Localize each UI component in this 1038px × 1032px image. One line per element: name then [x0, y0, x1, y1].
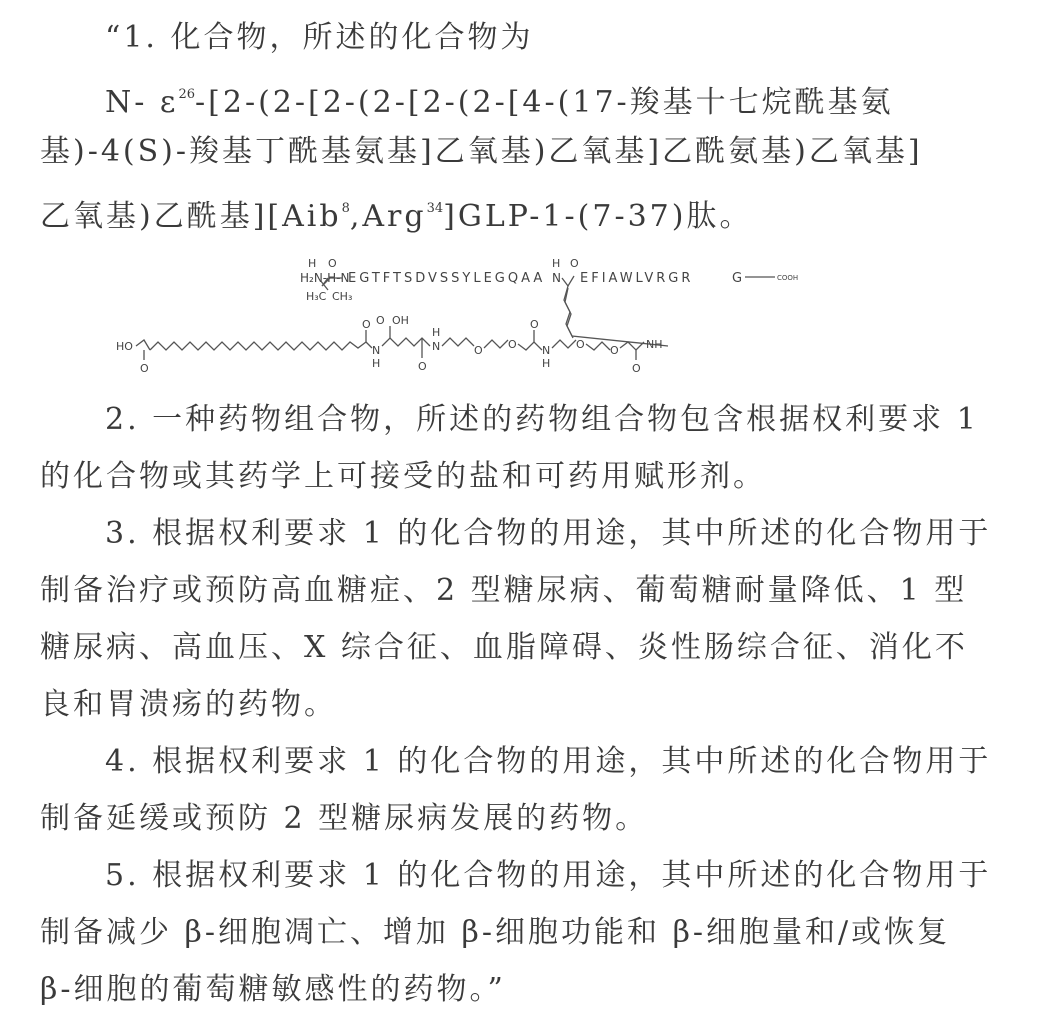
text: -[2-(2-[2-(2-[2-(2-[4-(17-羧基十七烷酰基氨 — [195, 85, 894, 120]
superscript: 8 — [342, 201, 350, 216]
claim-2-line-1: 2. 一种药物组合物，所述的药物组合物包含根据权利要求 1 — [105, 400, 979, 440]
o-label: O — [632, 362, 641, 375]
h-label: H — [432, 326, 440, 339]
superscript: 34 — [427, 201, 444, 216]
sequence-2: EFIAWLVRGR — [580, 271, 693, 286]
o-label: O — [376, 314, 385, 327]
n-label: N — [552, 271, 561, 285]
text: ]GLP-1-(7-37)肽。 — [443, 199, 752, 234]
h-label: H — [308, 257, 316, 270]
o-label: O — [576, 338, 585, 351]
claim-3-line-4: 良和胃溃疡的药物。 — [40, 685, 337, 725]
ho-label: HO — [116, 340, 133, 353]
claim-3-line-3: 糖尿病、高血压、X 综合征、血脂障碍、炎性肠综合征、消化不 — [40, 628, 968, 668]
o-label: O — [418, 360, 427, 373]
claim-1-line-1: N- ε26-[2-(2-[2-(2-[2-(2-[4-(17-羧基十七烷酰基氨 — [105, 75, 894, 123]
h-label: H — [542, 357, 550, 370]
claim-4-line-1: 4. 根据权利要求 1 的化合物的用途，其中所述的化合物用于 — [105, 742, 991, 782]
o-label: O — [530, 318, 539, 331]
claim-1-line-3: 乙氧基)乙酰基][Aib8,Arg34]GLP-1-(7-37)肽。 — [40, 189, 752, 237]
nh-label: NH — [646, 338, 663, 351]
o-label: O — [610, 344, 619, 357]
c-terminus-label: COOH — [777, 274, 798, 282]
methyl-label: CH₃ — [332, 290, 352, 303]
claim-3-line-2: 制备治疗或预防高血糖症、2 型糖尿病、葡萄糖耐量降低、1 型 — [40, 571, 967, 611]
n-label: N — [432, 340, 440, 353]
o-label: O — [362, 318, 371, 331]
claim-2-line-2: 的化合物或其药学上可接受的盐和可药用赋形剂。 — [40, 457, 766, 497]
claim-5-line-1: 5. 根据权利要求 1 的化合物的用途，其中所述的化合物用于 — [105, 856, 991, 896]
claim-1-line-2: 基)-4(S)-羧基丁酰基氨基]乙氧基)乙氧基]乙酰氨基)乙氧基] — [40, 132, 923, 172]
claim-1-heading: “1. 化合物，所述的化合物为 — [105, 18, 534, 58]
text: 乙氧基)乙酰基][Aib — [40, 199, 342, 234]
sequence-1: EGTFTSDVSSYLEGQAA — [348, 271, 545, 286]
h-label: H — [372, 357, 380, 370]
claim-3-line-1: 3. 根据权利要求 1 的化合物的用途，其中所述的化合物用于 — [105, 514, 991, 554]
text: N- ε — [105, 85, 178, 120]
n-label: N — [542, 344, 550, 357]
claim-5-line-3: β-细胞的葡萄糖敏感性的药物。” — [40, 970, 506, 1010]
methyl-label: H₃C — [306, 290, 327, 303]
o-label: O — [140, 362, 149, 375]
o-label: O — [474, 344, 483, 357]
claim-5-line-2: 制备减少 β-细胞凋亡、增加 β-细胞功能和 β-细胞量和/或恢复 — [40, 913, 950, 953]
superscript: 26 — [178, 87, 195, 102]
o-label: O — [328, 257, 337, 270]
claim-4-line-2: 制备延缓或预防 2 型糖尿病发展的药物。 — [40, 799, 648, 839]
oh-label: OH — [392, 314, 409, 327]
o-label: O — [508, 338, 517, 351]
text: ,Arg — [350, 199, 427, 234]
glycine-label: G — [732, 271, 742, 286]
o-label: O — [570, 257, 579, 270]
h-label: H — [552, 257, 560, 270]
n-label: N — [372, 344, 380, 357]
chemical-structure: H₂N-H-N H O H₃C CH₃ EGTFTSDVSSYLEGQAA N … — [110, 250, 930, 385]
